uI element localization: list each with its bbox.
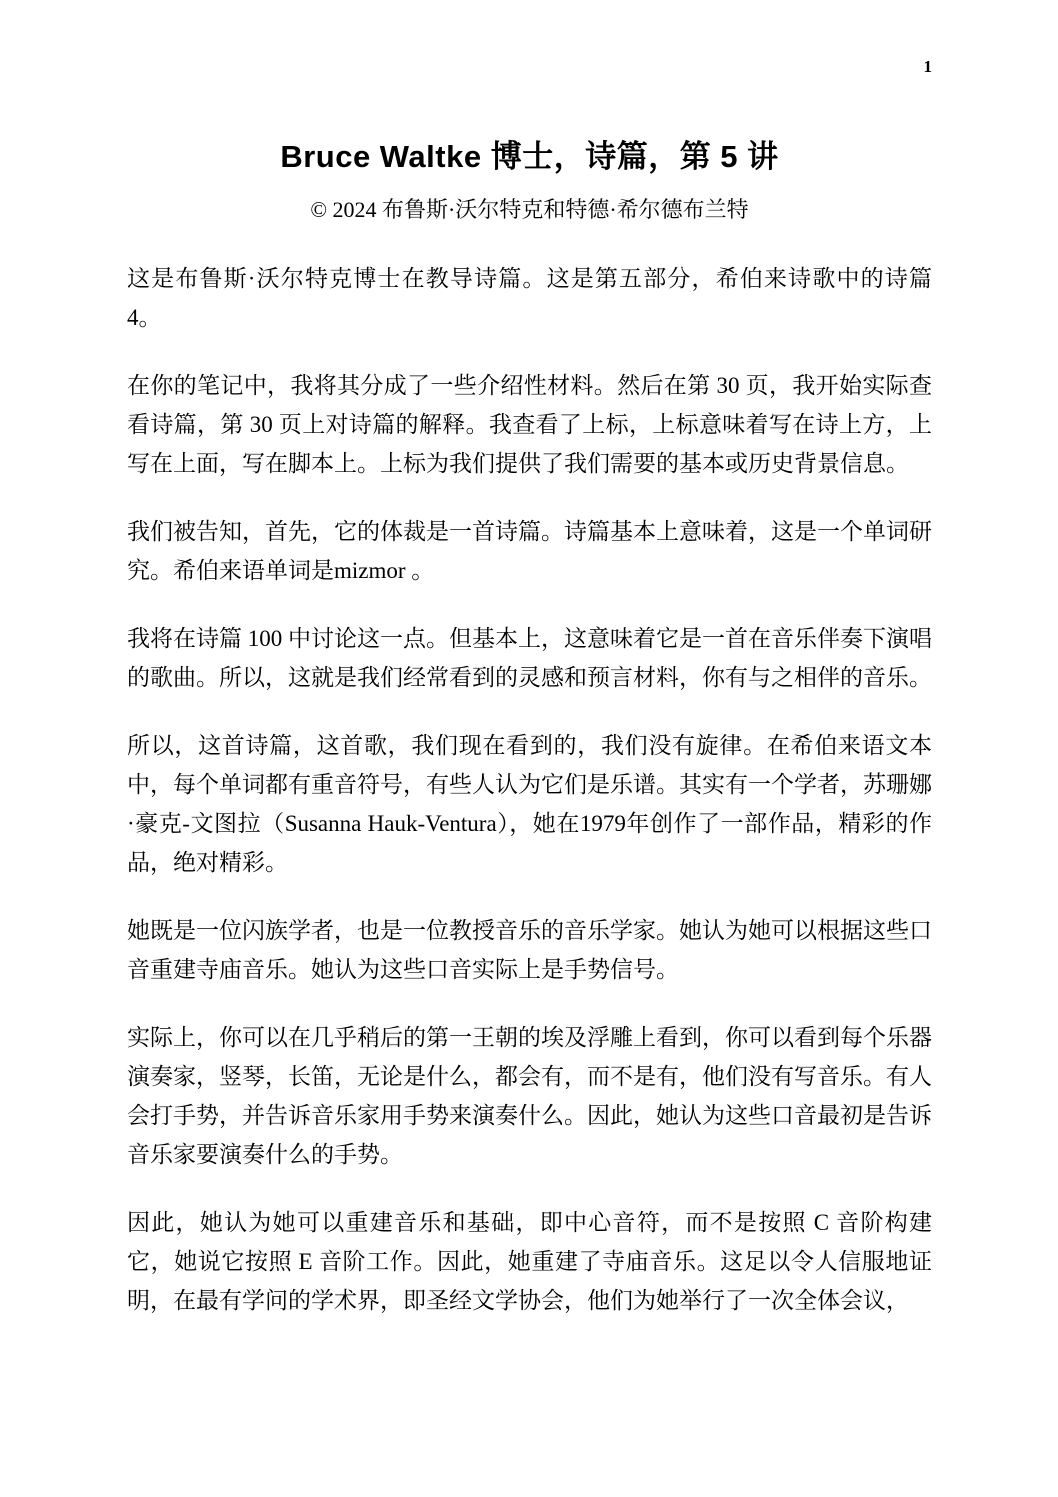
paragraph-4: 我将在诗篇 100 中讨论这一点。但基本上，这意味着它是一首在音乐伴奏下演唱的歌…: [127, 619, 932, 697]
document-page: 1 Bruce Waltke 博士，诗篇，第 5 讲 © 2024 布鲁斯·沃尔…: [0, 0, 1058, 1497]
paragraph-3: 我们被告知，首先，它的体裁是一首诗篇。诗篇基本上意味着，这是一个单词研究。希伯来…: [127, 512, 932, 590]
document-title: Bruce Waltke 博士，诗篇，第 5 讲: [127, 137, 932, 177]
page-number: 1: [127, 57, 932, 77]
paragraph-5: 所以，这首诗篇，这首歌，我们现在看到的，我们没有旋律。在希伯来语文本中，每个单词…: [127, 726, 932, 882]
paragraph-2: 在你的笔记中，我将其分成了一些介绍性材料。然后在第 30 页，我开始实际查看诗篇…: [127, 366, 932, 483]
copyright-line: © 2024 布鲁斯·沃尔特克和特德·希尔德布兰特: [127, 195, 932, 225]
paragraph-6: 她既是一位闪族学者，也是一位教授音乐的音乐学家。她认为她可以根据这些口音重建寺庙…: [127, 911, 932, 989]
paragraph-8: 因此，她认为她可以重建音乐和基础，即中心音符，而不是按照 C 音阶构建它，她说它…: [127, 1203, 932, 1320]
paragraph-7: 实际上，你可以在几乎稍后的第一王朝的埃及浮雕上看到，你可以看到每个乐器演奏家，竖…: [127, 1018, 932, 1174]
paragraph-1: 这是布鲁斯·沃尔特克博士在教导诗篇。这是第五部分，希伯来诗歌中的诗篇 4。: [127, 259, 932, 337]
document-body: 这是布鲁斯·沃尔特克博士在教导诗篇。这是第五部分，希伯来诗歌中的诗篇 4。 在你…: [127, 259, 932, 1320]
